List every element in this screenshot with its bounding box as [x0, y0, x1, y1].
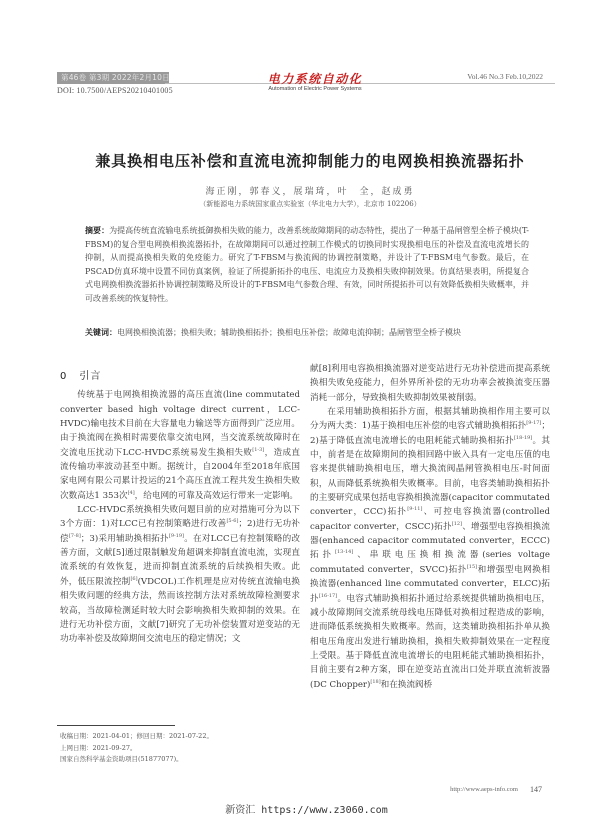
citation[interactable]: [1-3] — [252, 447, 264, 453]
citation[interactable]: [12] — [452, 521, 462, 527]
funding-note: 国家自然科学基金资助项目(51877077)。 — [60, 754, 213, 766]
text-run: 。其中，前者是在故障期间的换相回路中嵌入具有一定电压值的电容来提供辅助换相电压，… — [310, 436, 550, 518]
citation[interactable]: [18] — [370, 679, 380, 685]
affiliation: （新能源电力系统国家重点实验室（华北电力大学），北京市 102206） — [60, 199, 560, 209]
citation[interactable]: [6] — [130, 576, 137, 582]
paper-title: 兼具换相电压补偿和直流电流抑制能力的电网换相换流器拓扑 — [60, 150, 560, 171]
paragraph: 传统基于电网换相换流器的高压直流(line commutated convert… — [60, 388, 300, 503]
paragraph: LCC-HVDC系统换相失败问题目前的应对措施可分为以下3个方面：1)对LCC已… — [60, 503, 300, 646]
text-run: 在采用辅助换相拓扑方面，根据其辅助换相作用主要可以分为两大类：1)基于换相电压补… — [310, 407, 550, 431]
volume-info: Vol.46 No.3 Feb.10,2022 — [467, 72, 543, 81]
citation[interactable]: [16-17] — [319, 593, 337, 599]
paragraph: 献[8]利用电容换相换流器对逆变站进行无功补偿进而提高系统换相失败免疫能力，但外… — [310, 362, 550, 405]
section-title: 引言 — [79, 371, 101, 382]
body-right-column: 献[8]利用电容换相换流器对逆变站进行无功补偿进而提高系统换相失败免疫能力，但外… — [310, 362, 550, 692]
citation[interactable]: [13-14] — [335, 550, 353, 556]
received-date: 收稿日期：2021-04-01；修回日期：2021-07-22。 — [60, 731, 213, 743]
text-run: 和在换流阀桥 — [381, 680, 433, 690]
paragraph: 在采用辅助换相拓扑方面，根据其辅助换相作用主要可以分为两大类：1)基于换相电压补… — [310, 405, 550, 692]
footnote-divider — [57, 725, 175, 726]
text-run: ；3)采用辅助换相拓扑 — [81, 534, 169, 544]
journal-url[interactable]: http://www.aeps-info.com — [450, 786, 518, 793]
keywords: 关键词：电网换相换流器；换相失败；辅助换相拓扑；换相电压补偿；故障电流抑制；晶闸… — [85, 326, 529, 340]
citation[interactable]: [9-11] — [407, 507, 422, 513]
citation[interactable]: [5-6] — [226, 519, 238, 525]
keywords-label: 关键词： — [85, 328, 117, 337]
issue-info-bar: 第46卷 第3期 2022年2月10日 — [57, 72, 169, 84]
citation[interactable]: [7-8] — [69, 533, 81, 539]
citation[interactable]: [15] — [467, 564, 477, 570]
journal-name-en: Automation of Electric Power Systems — [250, 86, 380, 92]
keywords-text: 电网换相换流器；换相失败；辅助换相拓扑；换相电压补偿；故障电流抑制；晶闸管型全桥… — [117, 328, 461, 337]
abstract-text: 为提高传统直流输电系统抵御换相失败的能力，改善系统故障期间的动态特性，提出了一种… — [85, 226, 529, 303]
text-run: ，给电网的可靠及高效运行带来一定影响。 — [135, 491, 298, 501]
section-heading: 0引言 — [60, 370, 300, 384]
citation[interactable]: [9-19] — [169, 533, 184, 539]
authors: 海正刚，郭春义，展瑞琦，叶 全，赵成勇 — [60, 184, 560, 197]
page-number: 147 — [530, 785, 542, 794]
doi: DOI: 10.7500/AEPS20210401005 — [57, 86, 173, 95]
citation[interactable]: [4] — [128, 490, 135, 496]
citation[interactable]: [18-19] — [514, 435, 532, 441]
abstract: 摘要：为提高传统直流输电系统抵御换相失败的能力，改善系统故障期间的动态特性，提出… — [85, 224, 529, 305]
citation[interactable]: [9-17] — [526, 421, 541, 427]
section-number: 0 — [60, 371, 67, 382]
footnotes: 收稿日期：2021-04-01；修回日期：2021-07-22。 上网日期：20… — [60, 731, 213, 766]
abstract-label: 摘要： — [85, 226, 109, 235]
watermark: 新资汇 https://www.z3060.com — [0, 801, 613, 816]
body-left-column: 0引言 传统基于电网换相换流器的高压直流(line commutated con… — [60, 370, 300, 647]
text-run: 。电容式辅助换相拓扑通过给系统提供辅助换相电压，减小故障期间交流系统母线电压降低… — [310, 594, 550, 690]
online-date: 上网日期：2021-09-27。 — [60, 743, 213, 755]
journal-logo-cn: 电力系统自动化 — [265, 70, 365, 87]
